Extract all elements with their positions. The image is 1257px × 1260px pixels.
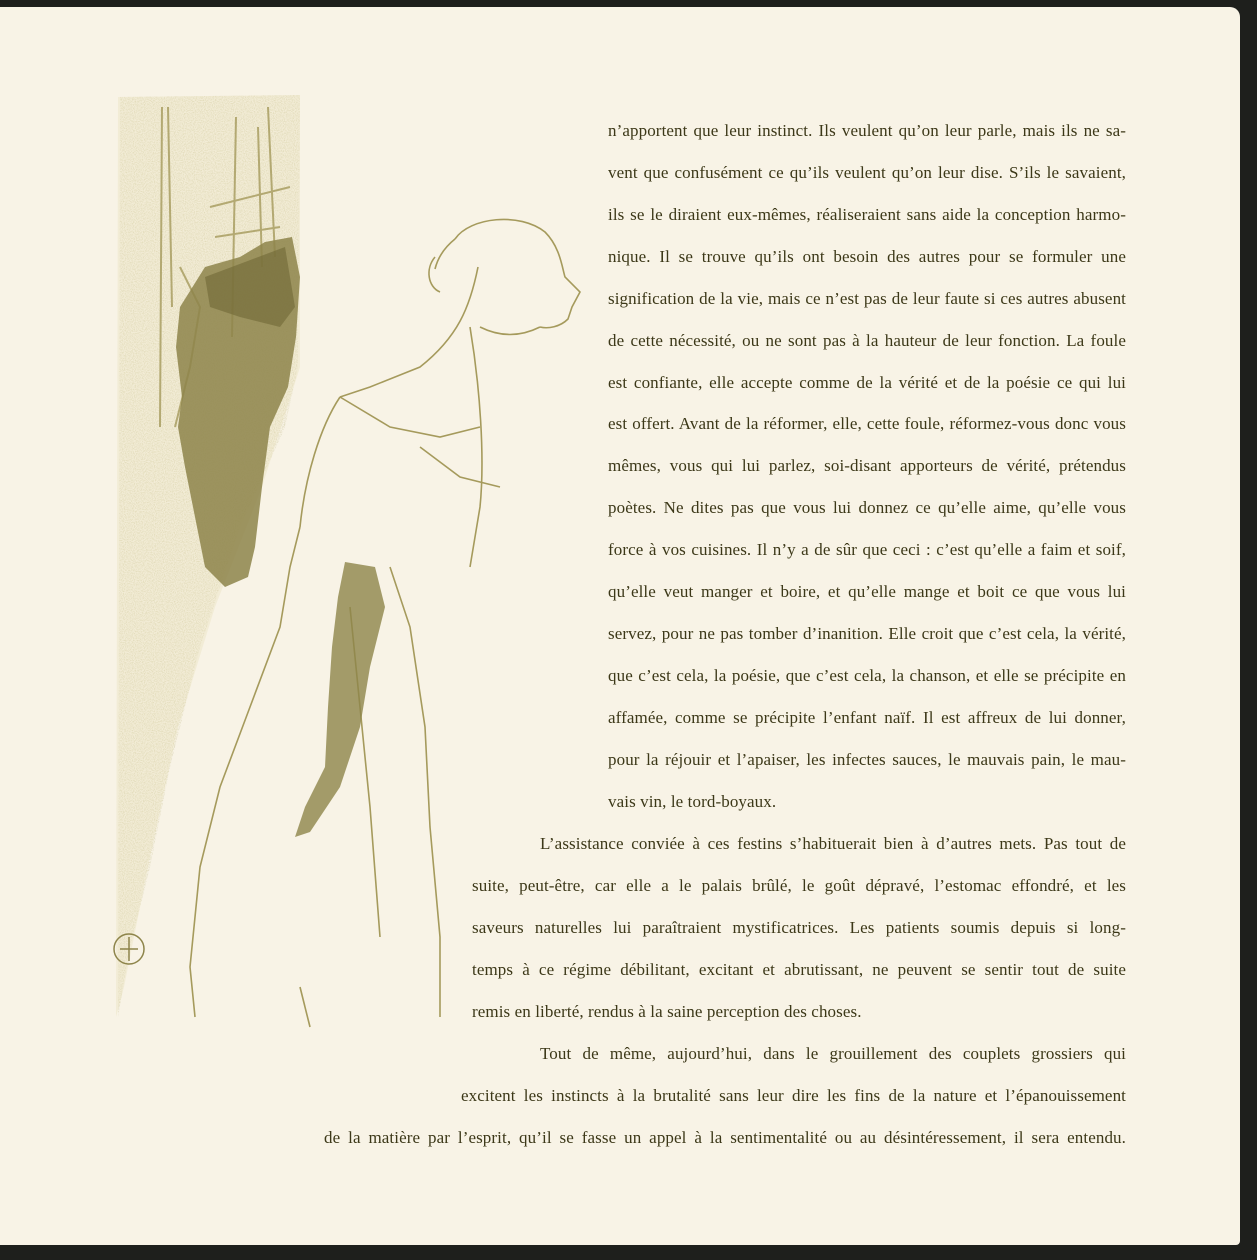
text-line: mêmes, vous qui lui parlez, soi-disant a… [608,456,1126,476]
woman-sketch [190,219,580,1027]
text-line: poètes. Ne dites pas que vous lui donnez… [608,498,1126,518]
text-line: excitent les instincts à la brutalité sa… [461,1086,1126,1106]
text-line: que c’est cela, la poésie, que c’est cel… [608,666,1126,686]
text-line: vent que confusément ce qu’ils veulent q… [608,163,1126,183]
text-line: suite, peut-être, car elle a le palais b… [472,876,1126,896]
text-line: saveurs naturelles lui paraîtraient myst… [472,918,1126,938]
text-line: vais vin, le tord-boyaux. [608,792,776,812]
text-line: L’assistance conviée à ces festins s’hab… [540,834,1126,854]
text-line: est confiante, elle accepte comme de la … [608,373,1126,393]
text-line: n’apportent que leur instinct. Ils veule… [608,121,1126,141]
text-line: de la matière par l’esprit, qu’il se fas… [324,1128,1126,1148]
text-line: ils se le diraient eux-mêmes, réaliserai… [608,205,1126,225]
curtain-shading [118,95,300,1017]
text-line: signification de la vie, mais ce n’est p… [608,289,1126,309]
text-line: est offert. Avant de la réformer, elle, … [608,414,1126,434]
text-line: nique. Il se trouve qu’ils ont besoin de… [608,247,1126,267]
text-line: Tout de même, aujourd’hui, dans le groui… [540,1044,1126,1064]
artist-monogram [114,934,144,964]
text-line: remis en liberté, rendus à la saine perc… [472,1002,862,1022]
text-line: affamée, comme se précipite l’enfant naï… [608,708,1126,728]
shaded-figure [176,237,300,587]
text-line: qu’elle veut manger et boire, et qu’elle… [608,582,1126,602]
text-line: temps à ce régime débilitant, excitant e… [472,960,1126,980]
text-line: pour la réjouir et l’apaiser, les infect… [608,750,1126,770]
shaded-arm [295,562,385,837]
text-line: force à vos cuisines. Il n’y a de sûr qu… [608,540,1126,560]
text-line: de cette nécessité, ou ne sont pas à la … [608,331,1126,351]
book-page: n’apportent que leur instinct. Ils veule… [0,7,1240,1245]
text-line: servez, pour ne pas tomber d’inanition. … [608,624,1126,644]
